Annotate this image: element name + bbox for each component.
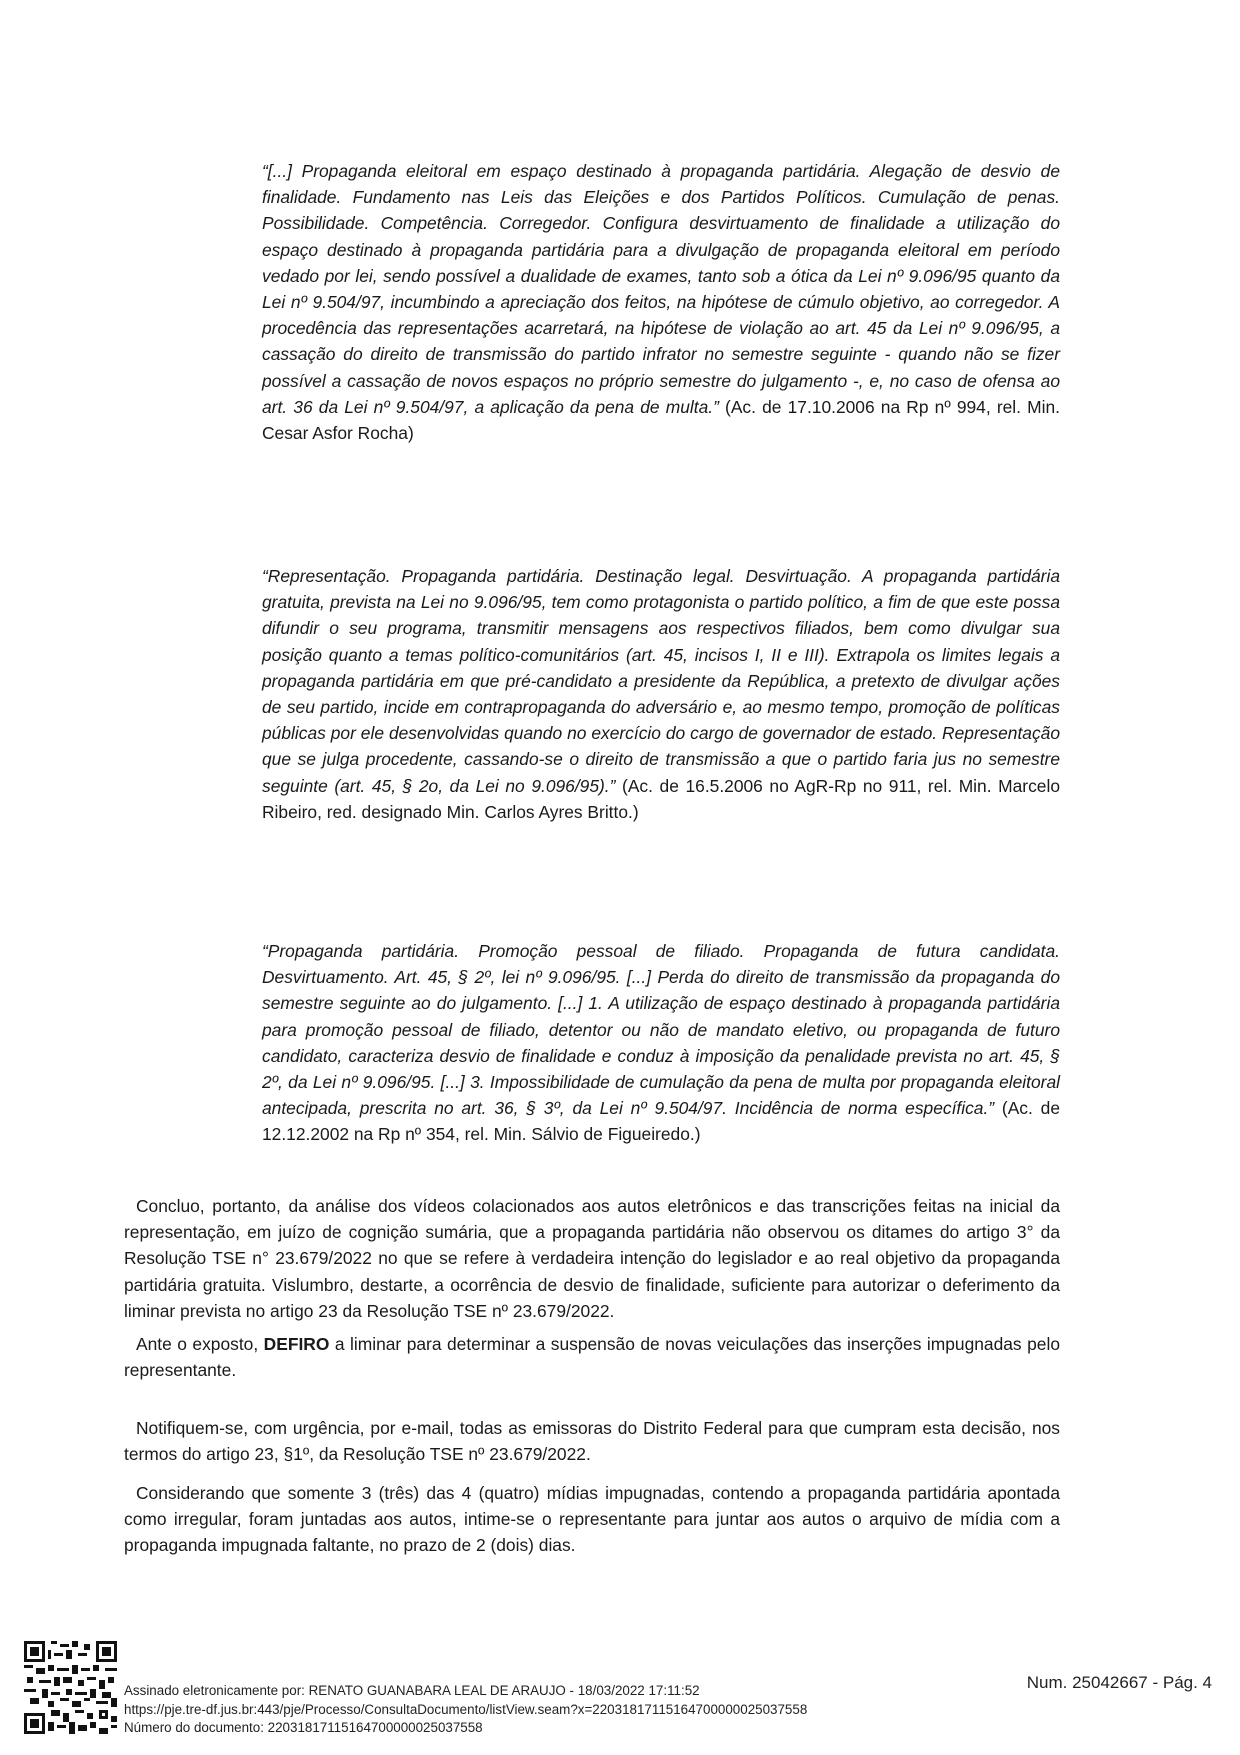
quote-text: “Propaganda partidária. Promoção pessoal… bbox=[262, 941, 1060, 1118]
paragraph-text: Notifiquem-se, com urgência, por e-mail,… bbox=[124, 1418, 1060, 1464]
paragraph-notification: Notifiquem-se, com urgência, por e-mail,… bbox=[124, 1415, 1060, 1467]
quote-block-3: “Propaganda partidária. Promoção pessoal… bbox=[262, 938, 1060, 1148]
quote-block-2: “Representação. Propaganda partidária. D… bbox=[262, 563, 1060, 825]
paragraph-text: Concluo, portanto, da análise dos vídeos… bbox=[124, 1196, 1060, 1321]
paragraph-decision: Ante o exposto, DEFIRO a liminar para de… bbox=[124, 1331, 1060, 1383]
signed-by: Assinado eletronicamente por: RENATO GUA… bbox=[124, 1682, 807, 1701]
paragraph-text: Ante o exposto, bbox=[136, 1334, 264, 1354]
paragraph-conclusion: Concluo, portanto, da análise dos vídeos… bbox=[124, 1193, 1060, 1324]
paragraph-text: Considerando que somente 3 (três) das 4 … bbox=[124, 1483, 1060, 1555]
quote-text: “[...] Propaganda eleitoral em espaço de… bbox=[262, 161, 1060, 417]
document-url[interactable]: https://pje.tre-df.jus.br:443/pje/Proces… bbox=[124, 1701, 807, 1720]
qr-code-icon bbox=[24, 1641, 117, 1734]
paragraph-media: Considerando que somente 3 (três) das 4 … bbox=[124, 1480, 1060, 1559]
signature-block: Assinado eletronicamente por: RENATO GUA… bbox=[124, 1682, 807, 1738]
page-number: Num. 25042667 - Pág. 4 bbox=[1027, 1673, 1212, 1693]
quote-block-1: “[...] Propaganda eleitoral em espaço de… bbox=[262, 158, 1060, 446]
decision-keyword: DEFIRO bbox=[264, 1334, 330, 1354]
document-number: Número do documento: 2203181711516470000… bbox=[124, 1719, 807, 1738]
quote-text: “Representação. Propaganda partidária. D… bbox=[262, 566, 1060, 796]
document-page: “[...] Propaganda eleitoral em espaço de… bbox=[0, 0, 1240, 1755]
